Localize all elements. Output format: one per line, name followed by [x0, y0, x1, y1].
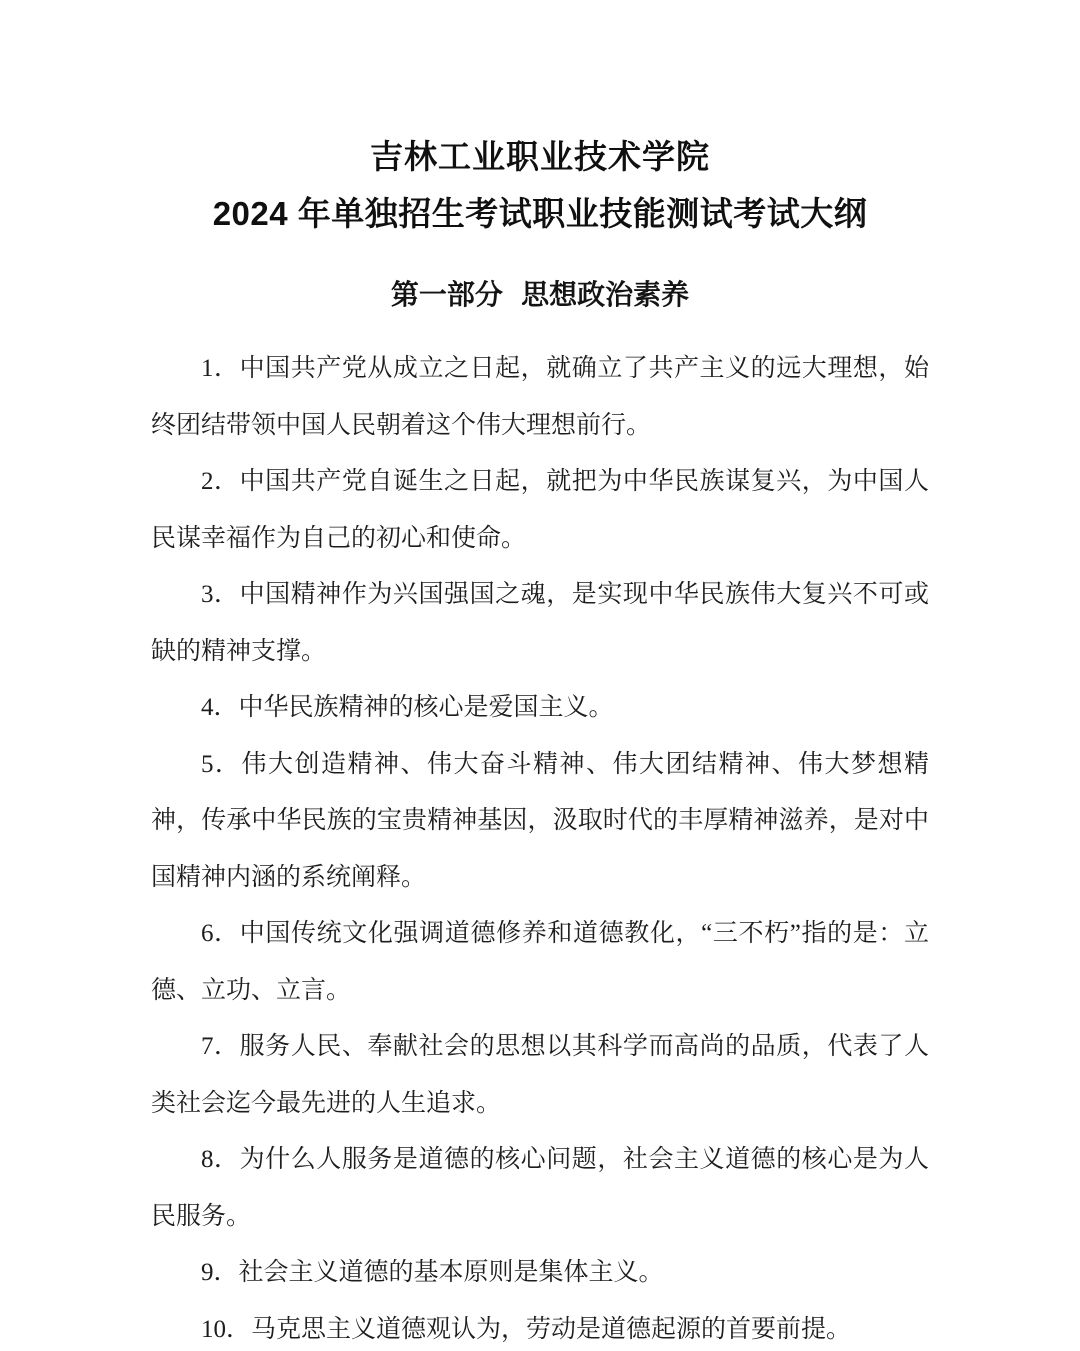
item-number: 2．: [201, 468, 240, 495]
item-number: 7．: [201, 1033, 240, 1060]
outline-item-10: 10．马克思主义道德观认为，劳动是道德起源的首要前提。: [151, 1302, 929, 1351]
item-text: 服务人民、奉献社会的思想以其科学而高尚的品质，代表了人类社会迄今最先进的人生追求…: [151, 1033, 929, 1117]
outline-item-4: 4．中华民族精神的核心是爱国主义。: [151, 680, 929, 737]
item-number: 9．: [201, 1259, 239, 1286]
outline-item-8: 8．为什么人服务是道德的核心问题，社会主义道德的核心是为人民服务。: [151, 1132, 929, 1245]
item-number: 6．: [201, 920, 240, 947]
item-number: 1．: [201, 355, 240, 382]
item-text: 马克思主义道德观认为，劳动是道德起源的首要前提。: [251, 1316, 851, 1343]
item-number: 5．: [201, 751, 242, 778]
outline-item-7: 7．服务人民、奉献社会的思想以其科学而高尚的品质，代表了人类社会迄今最先进的人生…: [151, 1019, 929, 1132]
document-title: 吉林工业职业技术学院: [151, 139, 929, 175]
outline-item-1: 1．中国共产党从成立之日起，就确立了共产主义的远大理想，始终团结带领中国人民朝着…: [151, 341, 929, 454]
item-number: 4．: [201, 694, 239, 721]
outline-item-5: 5．伟大创造精神、伟大奋斗精神、伟大团结精神、伟大梦想精神，传承中华民族的宝贵精…: [151, 737, 929, 907]
outline-item-9: 9．社会主义道德的基本原则是集体主义。: [151, 1245, 929, 1302]
outline-list: 1．中国共产党从成立之日起，就确立了共产主义的远大理想，始终团结带领中国人民朝着…: [151, 341, 929, 1351]
item-text: 伟大创造精神、伟大奋斗精神、伟大团结精神、伟大梦想精神，传承中华民族的宝贵精神基…: [151, 751, 929, 891]
item-text: 中国精神作为兴国强国之魂，是实现中华民族伟大复兴不可或缺的精神支撑。: [151, 581, 929, 665]
outline-item-3: 3．中国精神作为兴国强国之魂，是实现中华民族伟大复兴不可或缺的精神支撑。: [151, 567, 929, 680]
item-text: 中国传统文化强调道德修养和道德教化，“三不朽”指的是：立德、立功、立言。: [151, 920, 929, 1004]
document-subtitle: 2024 年单独招生考试职业技能测试考试大纲: [151, 196, 929, 232]
item-text: 为什么人服务是道德的核心问题，社会主义道德的核心是为人民服务。: [151, 1146, 929, 1230]
document-page: 吉林工业职业技术学院 2024 年单独招生考试职业技能测试考试大纲 第一部分 思…: [0, 0, 1080, 1351]
item-number: 10．: [201, 1316, 251, 1343]
outline-item-6: 6．中国传统文化强调道德修养和道德教化，“三不朽”指的是：立德、立功、立言。: [151, 906, 929, 1019]
item-text: 中华民族精神的核心是爱国主义。: [239, 694, 614, 721]
item-number: 8．: [201, 1146, 240, 1173]
outline-item-2: 2．中国共产党自诞生之日起，就把为中华民族谋复兴，为中国人民谋幸福作为自己的初心…: [151, 454, 929, 567]
section-heading: 第一部分 思想政治素养: [151, 281, 929, 311]
item-number: 3．: [201, 581, 240, 608]
item-text: 中国共产党从成立之日起，就确立了共产主义的远大理想，始终团结带领中国人民朝着这个…: [151, 355, 929, 439]
item-text: 中国共产党自诞生之日起，就把为中华民族谋复兴，为中国人民谋幸福作为自己的初心和使…: [151, 468, 929, 552]
item-text: 社会主义道德的基本原则是集体主义。: [239, 1259, 664, 1286]
document-content: 吉林工业职业技术学院 2024 年单独招生考试职业技能测试考试大纲 第一部分 思…: [151, 139, 929, 1351]
